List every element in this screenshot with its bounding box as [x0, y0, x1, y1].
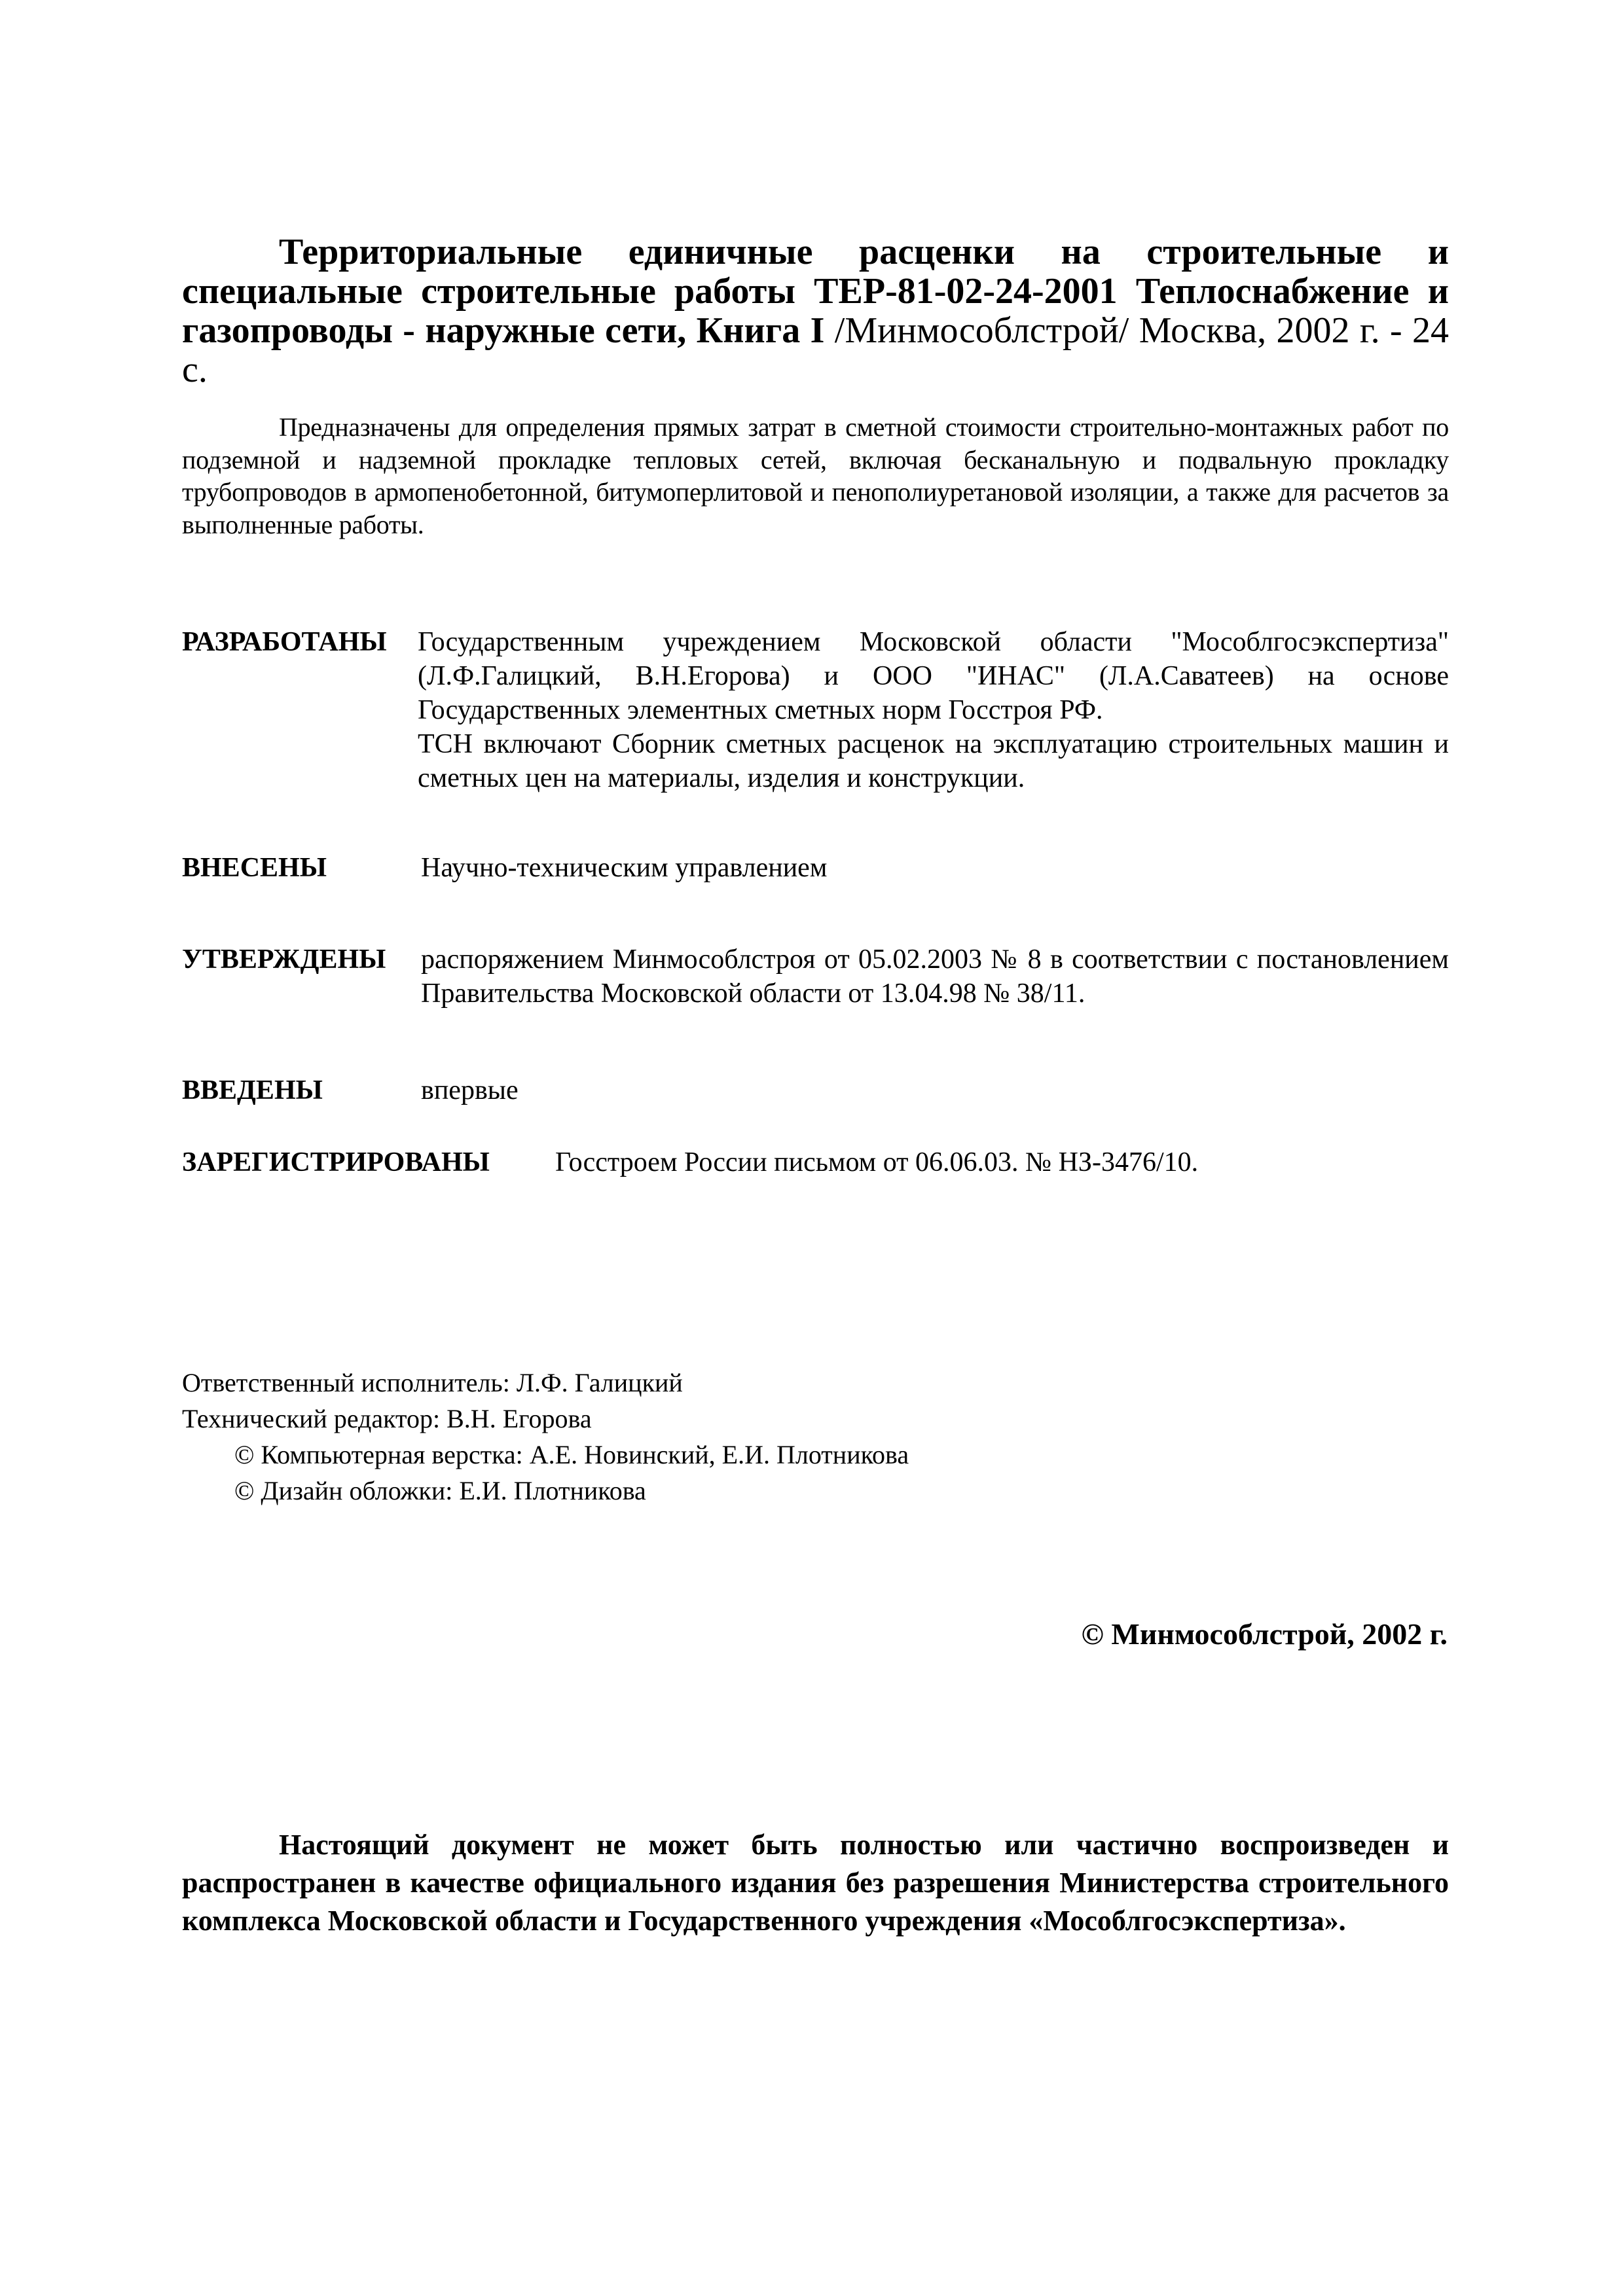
purpose-text: Предназначены для определения прямых зат…	[182, 412, 1449, 539]
credits-block: Ответственный исполнитель: Л.Ф. Галицкий…	[182, 1365, 909, 1509]
credit-responsible: Ответственный исполнитель: Л.Ф. Галицкий	[182, 1365, 909, 1401]
reproduction-notice: Настоящий документ не может быть полност…	[182, 1826, 1449, 1940]
section-label: ЗАРЕГИСТРИРОВАНЫ	[182, 1145, 490, 1179]
section-value: впервые	[421, 1073, 814, 1107]
section-value: распоряжением Минмособлстроя от 05.02.20…	[421, 942, 1449, 1011]
section-label: РАЗРАБОТАНЫ	[182, 625, 387, 659]
document-title: Территориальные единичные расценки на ст…	[182, 232, 1449, 389]
document-page: Территориальные единичные расценки на ст…	[0, 0, 1623, 2296]
section-label: ВВЕДЕНЫ	[182, 1073, 323, 1107]
credit-cover-design: © Дизайн обложки: Е.И. Плотникова	[182, 1473, 909, 1509]
notice-text: Настоящий документ не может быть полност…	[182, 1829, 1449, 1937]
section-label: УТВЕРЖДЕНЫ	[182, 942, 386, 977]
section-value: Научно-техническим управлением	[421, 851, 1449, 885]
credit-layout: © Компьютерная верстка: А.Е. Новинский, …	[182, 1437, 909, 1473]
developed-text-2: ТСН включают Сборник сметных расценок на…	[418, 727, 1449, 795]
purpose-paragraph: Предназначены для определения прямых зат…	[182, 411, 1449, 541]
section-value: Государственным учреждением Московской о…	[418, 625, 1449, 795]
copyright-notice: © Минмособлстрой, 2002 г.	[1082, 1617, 1448, 1651]
credit-tech-editor: Технический редактор: В.Н. Егорова	[182, 1401, 909, 1437]
section-value: Госстроем России письмом от 06.06.03. № …	[555, 1145, 1472, 1179]
developed-text: Государственным учреждением Московской о…	[418, 625, 1449, 727]
section-label: ВНЕСЕНЫ	[182, 851, 327, 885]
